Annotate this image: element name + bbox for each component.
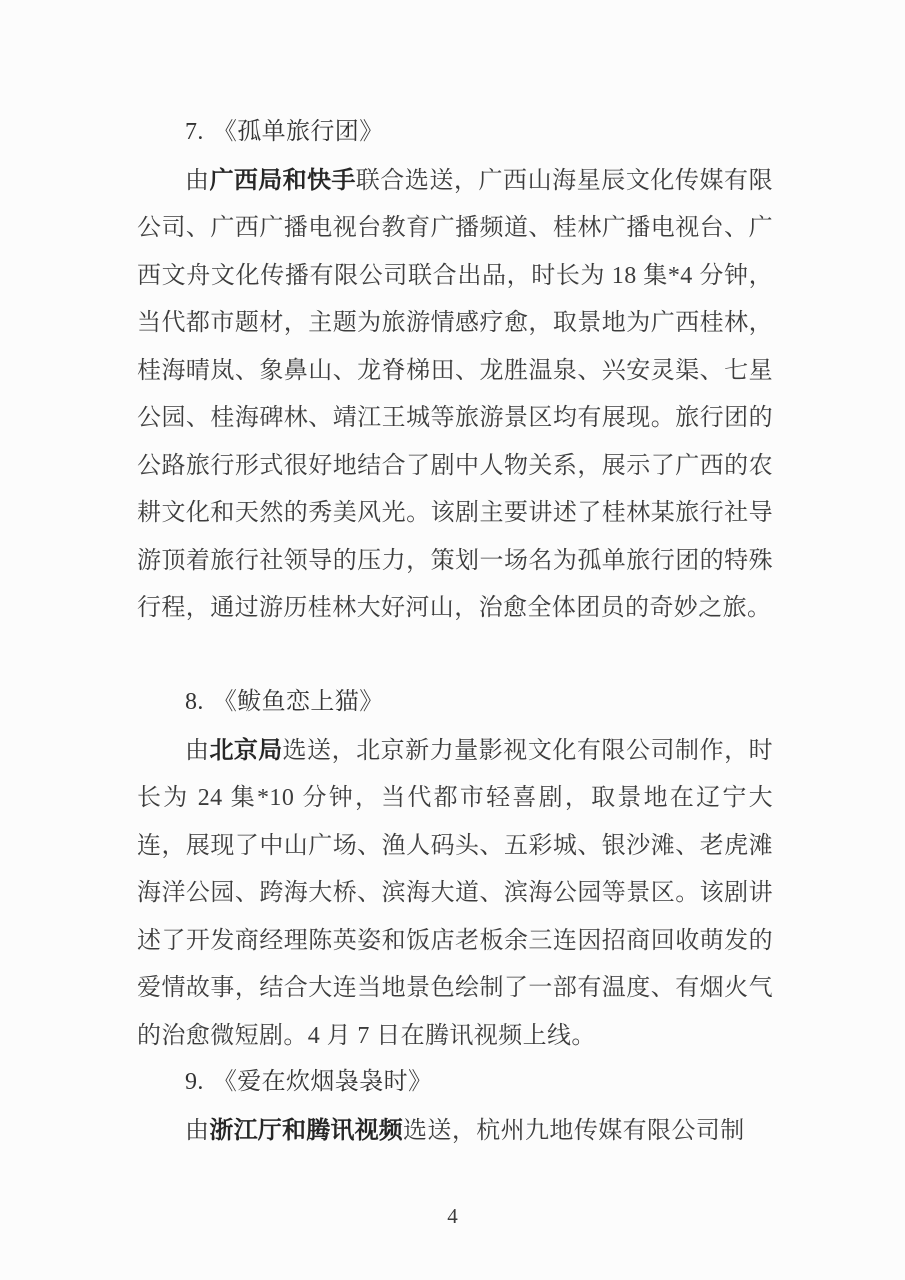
section-7: 7.《孤单旅行团》 由广西局和快手联合选送，广西山海星辰文化传媒有限公司、广西广… [137, 109, 773, 633]
page-number: 4 [0, 1193, 905, 1241]
section-7-number: 7. [185, 119, 204, 145]
paragraph-lead: 由 [185, 738, 210, 764]
paragraph-bold-org: 广西局和快手 [210, 167, 356, 194]
paragraph-body: 联合选送，广西山海星辰文化传媒有限公司、广西广播电视台教育广播频道、桂林广播电视… [137, 168, 773, 622]
paragraph-body: 选送，北京新力量影视文化有限公司制作，时长为 24 集*10 分钟，当代都市轻喜… [137, 738, 773, 1049]
section-8-title: 《鲅鱼恋上猫》 [213, 689, 384, 715]
section-9: 9.《爱在炊烟袅袅时》 由浙江厅和腾讯视频选送，杭州九地传媒有限公司制 [137, 1059, 773, 1155]
section-8-heading: 8.《鲅鱼恋上猫》 [137, 679, 773, 727]
section-7-heading: 7.《孤单旅行团》 [137, 109, 773, 157]
paragraph-body: 选送，杭州九地传媒有限公司制 [403, 1118, 745, 1144]
paragraph-lead: 由 [185, 168, 210, 194]
paragraph-bold-org: 浙江厅和腾讯视频 [209, 1117, 403, 1144]
section-9-title: 《爱在炊烟袅袅时》 [213, 1069, 433, 1095]
section-9-heading: 9.《爱在炊烟袅袅时》 [137, 1059, 773, 1107]
section-7-paragraph: 由广西局和快手联合选送，广西山海星辰文化传媒有限公司、广西广播电视台教育广播频道… [137, 157, 773, 633]
paragraph-lead: 由 [185, 1118, 209, 1144]
paragraph-bold-org: 北京局 [210, 737, 283, 764]
section-8: 8.《鲅鱼恋上猫》 由北京局选送，北京新力量影视文化有限公司制作，时长为 24 … [137, 679, 773, 1060]
section-9-number: 9. [185, 1069, 204, 1095]
section-8-number: 8. [185, 689, 204, 715]
document-page: 7.《孤单旅行团》 由广西局和快手联合选送，广西山海星辰文化传媒有限公司、广西广… [0, 0, 905, 1280]
section-8-paragraph: 由北京局选送，北京新力量影视文化有限公司制作，时长为 24 集*10 分钟，当代… [137, 727, 773, 1061]
section-7-title: 《孤单旅行团》 [213, 119, 384, 145]
section-9-paragraph: 由浙江厅和腾讯视频选送，杭州九地传媒有限公司制 [137, 1107, 773, 1156]
